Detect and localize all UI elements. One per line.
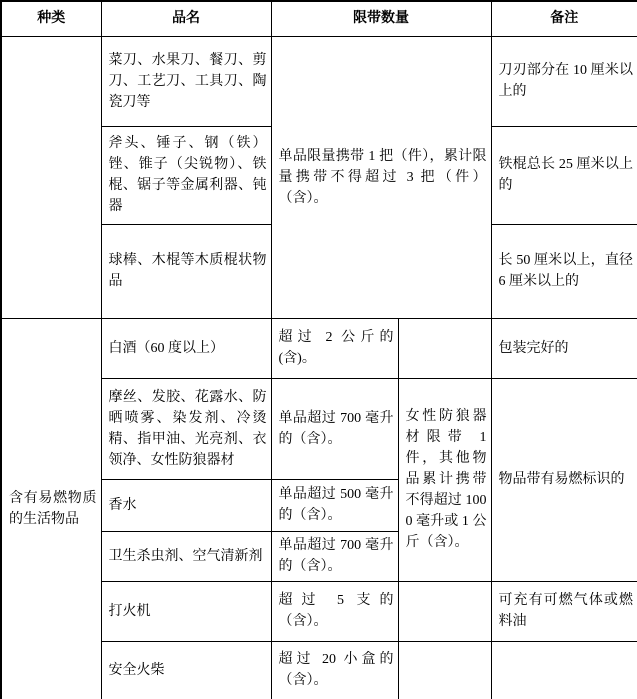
quantity-cell-insecticide: 单品超过 700 毫升的（含）。 xyxy=(271,531,398,581)
header-quantity: 限带数量 xyxy=(271,1,491,36)
remarks-cell-wooden-sticks: 长 50 厘米以上，直径 6 厘米以上的 xyxy=(491,224,637,318)
item-cell-matches: 安全火柴 xyxy=(101,641,271,699)
remarks-cell-empty xyxy=(491,641,637,699)
remarks-cell-flammable-merged: 物品带有易燃标识的 xyxy=(491,378,637,581)
item-cell-metal-tools: 斧头、锤子、钢（铁）锉、锥子（尖锐物）、铁棍、锯子等金属利器、钝器 xyxy=(101,126,271,224)
table-header-row: 种类 品名 限带数量 备注 xyxy=(1,1,637,36)
quantity-cell-sprays: 单品超过 700 毫升的（含）。 xyxy=(271,378,398,479)
category-cell-flammable: 含有易燃物质的生活物品 xyxy=(1,318,101,699)
header-remarks: 备注 xyxy=(491,1,637,36)
item-cell-wooden-sticks: 球棒、木棍等木质棍状物品 xyxy=(101,224,271,318)
quantity-cell-matches: 超过 20 小盒的（含）。 xyxy=(271,641,398,699)
item-cell-perfume: 香水 xyxy=(101,479,271,531)
remarks-cell-liquor: 包装完好的 xyxy=(491,318,637,378)
remarks-cell-metal-tools: 铁棍总长 25 厘米以上的 xyxy=(491,126,637,224)
item-cell-sprays: 摩丝、发胶、花露水、防晒喷雾、染发剂、冷烫精、指甲油、光亮剂、衣领净、女性防狼器… xyxy=(101,378,271,479)
table-row: 含有易燃物质的生活物品 白酒（60 度以上） 超过 2 公斤的(含)。 包装完好… xyxy=(1,318,637,378)
remarks-cell-knives: 刀刃部分在 10 厘米以上的 xyxy=(491,36,637,126)
document-page: 种类 品名 限带数量 备注 菜刀、水果刀、餐刀、剪刀、工艺刀、工具刀、陶瓷刀等 … xyxy=(0,0,637,699)
quantity-note-cell-empty xyxy=(398,581,491,641)
item-cell-insecticide: 卫生杀虫剂、空气清新剂 xyxy=(101,531,271,581)
remarks-cell-lighter: 可充有可燃气体或燃料油 xyxy=(491,581,637,641)
quantity-cell-liquor: 超过 2 公斤的(含)。 xyxy=(271,318,398,378)
quantity-note-cell-empty xyxy=(398,318,491,378)
item-cell-knives: 菜刀、水果刀、餐刀、剪刀、工艺刀、工具刀、陶瓷刀等 xyxy=(101,36,271,126)
item-cell-lighter: 打火机 xyxy=(101,581,271,641)
quantity-cell-perfume: 单品超过 500 毫升的（含）。 xyxy=(271,479,398,531)
quantity-note-cell-empty xyxy=(398,641,491,699)
quantity-cell-group1-merged: 单品限量携带 1 把（件），累计限量携带不得超过 3 把（件）（含）。 xyxy=(271,36,491,318)
header-item: 品名 xyxy=(101,1,271,36)
quantity-note-cell-merged: 女性防狼器材限带 1 件，其他物品累计携带不得超过 1000 毫升或 1 公斤（… xyxy=(398,378,491,581)
header-category: 种类 xyxy=(1,1,101,36)
category-cell-group1 xyxy=(1,36,101,318)
quantity-cell-lighter: 超过 5 支的（含）。 xyxy=(271,581,398,641)
restricted-items-table: 种类 品名 限带数量 备注 菜刀、水果刀、餐刀、剪刀、工艺刀、工具刀、陶瓷刀等 … xyxy=(0,0,637,699)
table-row: 菜刀、水果刀、餐刀、剪刀、工艺刀、工具刀、陶瓷刀等 单品限量携带 1 把（件），… xyxy=(1,36,637,126)
item-cell-liquor: 白酒（60 度以上） xyxy=(101,318,271,378)
